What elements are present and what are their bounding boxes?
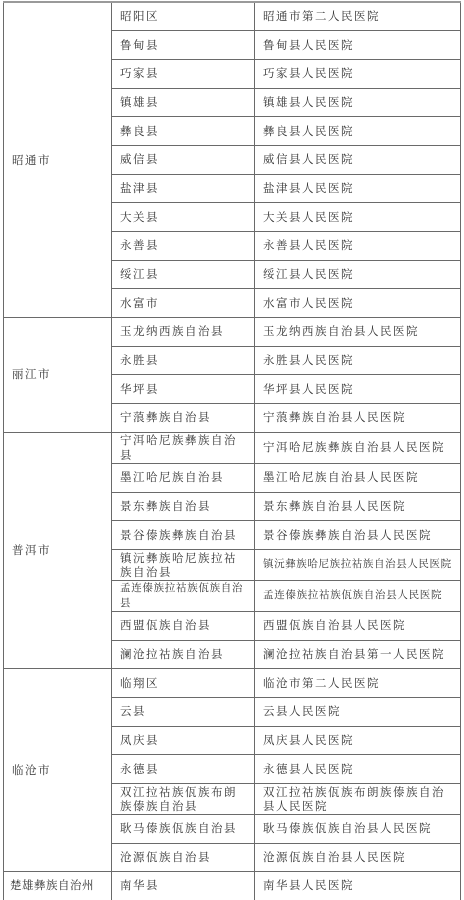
county-cell: 宁洱哈尼族彝族自治县 [112, 432, 255, 463]
hospital-cell: 墨江哈尼族自治县人民医院 [255, 463, 461, 492]
table-row: 临沧市 临翔区 临沧市第二人民医院 [4, 669, 461, 698]
hospital-cell: 彝良县人民医院 [255, 117, 461, 146]
county-cell: 巧家县 [112, 59, 255, 88]
hospital-cell: 永善县人民医院 [255, 232, 461, 261]
county-cell: 澜沧拉祜族自治县 [112, 640, 255, 669]
hospital-cell: 大关县人民医院 [255, 203, 461, 232]
county-cell: 云县 [112, 697, 255, 726]
hospital-cell: 孟连傣族拉祜族佤族自治县人民医院 [255, 580, 461, 611]
county-cell: 永胜县 [112, 346, 255, 375]
county-cell: 华坪县 [112, 375, 255, 404]
hospital-cell: 宁蒗彝族自治县人民医院 [255, 404, 461, 433]
county-cell: 永善县 [112, 232, 255, 261]
city-cell: 丽江市 [4, 318, 112, 433]
hospital-cell: 凤庆县人民医院 [255, 726, 461, 755]
county-cell: 大关县 [112, 203, 255, 232]
county-cell: 玉龙纳西族自治县 [112, 318, 255, 347]
table-row: 昭通市 昭阳区 昭通市第二人民医院 [4, 2, 461, 31]
county-cell: 彝良县 [112, 117, 255, 146]
hospital-cell: 南华县人民医院 [255, 872, 461, 900]
county-cell: 盐津县 [112, 174, 255, 203]
hospital-cell: 巧家县人民医院 [255, 59, 461, 88]
hospital-cell: 鲁甸县人民医院 [255, 31, 461, 60]
county-cell: 绥江县 [112, 260, 255, 289]
hospital-cell: 云县人民医院 [255, 697, 461, 726]
hospital-cell: 威信县人民医院 [255, 145, 461, 174]
hospital-cell: 永德县人民医院 [255, 755, 461, 784]
table-row: 普洱市 宁洱哈尼族彝族自治县 宁洱哈尼族彝族自治县人民医院 [4, 432, 461, 463]
county-cell: 镇沅彝族哈尼族拉祜族自治县 [112, 549, 255, 580]
county-cell: 孟连傣族拉祜族佤族自治县 [112, 580, 255, 611]
city-cell: 普洱市 [4, 432, 112, 668]
city-cell: 临沧市 [4, 669, 112, 872]
county-cell: 景谷傣族彝族自治县 [112, 521, 255, 550]
hospital-cell: 水富市人民医院 [255, 289, 461, 318]
county-cell: 永德县 [112, 755, 255, 784]
hospital-cell: 临沧市第二人民医院 [255, 669, 461, 698]
county-cell: 昭阳区 [112, 2, 255, 31]
hospital-cell: 昭通市第二人民医院 [255, 2, 461, 31]
county-cell: 西盟佤族自治县 [112, 611, 255, 640]
county-cell: 双江拉祜族佤族布朗族傣族自治县 [112, 784, 255, 815]
county-cell: 凤庆县 [112, 726, 255, 755]
hospital-cell: 华坪县人民医院 [255, 375, 461, 404]
hospital-cell: 沧源佤族自治县人民医院 [255, 843, 461, 872]
hospital-cell: 永胜县人民医院 [255, 346, 461, 375]
city-cell: 昭通市 [4, 2, 112, 318]
table-row: 丽江市 玉龙纳西族自治县 玉龙纳西族自治县人民医院 [4, 318, 461, 347]
county-cell: 南华县 [112, 872, 255, 900]
table-row: 楚雄彝族自治州 南华县 南华县人民医院 [4, 872, 461, 900]
hospital-cell: 镇沅彝族哈尼族拉祜族自治县人民医院 [255, 549, 461, 580]
hospital-cell: 宁洱哈尼族彝族自治县人民医院 [255, 432, 461, 463]
hospital-cell: 景谷傣族彝族自治县人民医院 [255, 521, 461, 550]
county-cell: 威信县 [112, 145, 255, 174]
hospital-cell: 耿马傣族佤族自治县人民医院 [255, 815, 461, 844]
hospital-cell: 西盟佤族自治县人民医院 [255, 611, 461, 640]
hospital-cell: 双江拉祜族佤族布朗族傣族自治县人民医院 [255, 784, 461, 815]
county-cell: 沧源佤族自治县 [112, 843, 255, 872]
city-cell: 楚雄彝族自治州 [4, 872, 112, 900]
county-cell: 宁蒗彝族自治县 [112, 404, 255, 433]
hospital-cell: 景东彝族自治县人民医院 [255, 492, 461, 521]
hospital-table: 昭通市 昭阳区 昭通市第二人民医院 鲁甸县 鲁甸县人民医院 巧家县 巧家县人民医… [3, 1, 461, 900]
hospital-cell: 镇雄县人民医院 [255, 88, 461, 117]
county-cell: 水富市 [112, 289, 255, 318]
county-cell: 景东彝族自治县 [112, 492, 255, 521]
county-cell: 墨江哈尼族自治县 [112, 463, 255, 492]
county-cell: 镇雄县 [112, 88, 255, 117]
hospital-cell: 盐津县人民医院 [255, 174, 461, 203]
county-cell: 临翔区 [112, 669, 255, 698]
county-cell: 鲁甸县 [112, 31, 255, 60]
county-cell: 耿马傣族佤族自治县 [112, 815, 255, 844]
hospital-cell: 澜沧拉祜族自治县第一人民医院 [255, 640, 461, 669]
hospital-cell: 玉龙纳西族自治县人民医院 [255, 318, 461, 347]
hospital-cell: 绥江县人民医院 [255, 260, 461, 289]
